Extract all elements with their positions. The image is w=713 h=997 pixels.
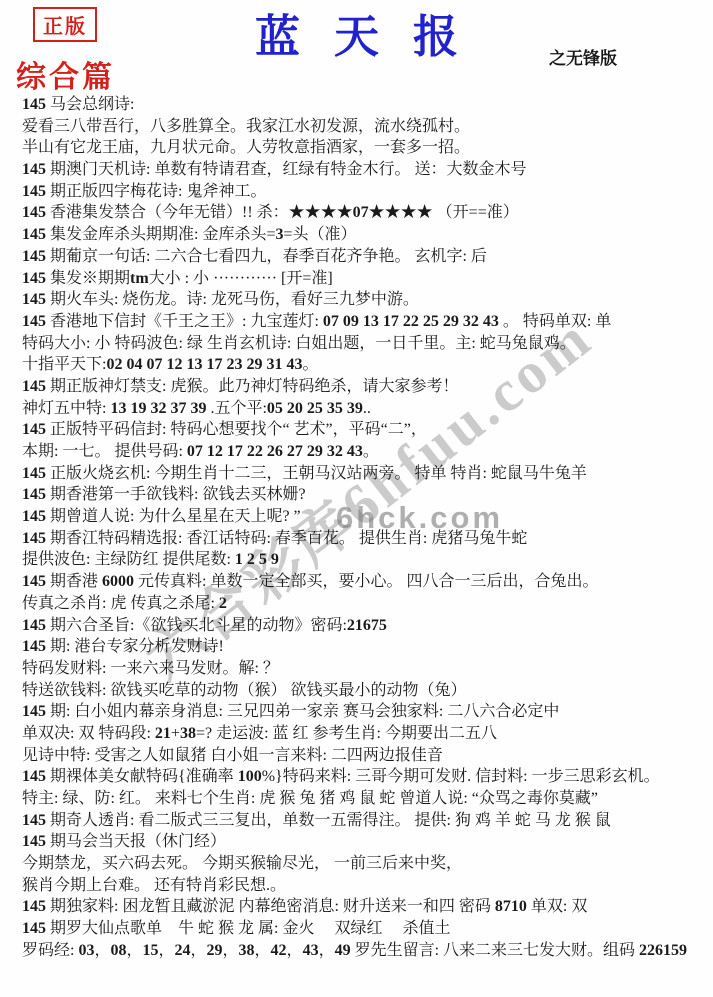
report-line: 145 香港地下信封《千王之王》: 九宝莲灯: 07 09 13 17 22 2… [22,311,710,333]
report-line: 爱看三八带吾行，八多胜算全。我家江水初发源，流水绕孤村。 [22,116,710,138]
report-line: 半山有它龙王庙，九月状元命。人劳牧意指酒家，一套多一招。 [22,137,710,159]
report-line: 本期: 一七。 提供号码: 07 12 17 22 26 27 29 32 43… [22,441,710,463]
report-line: 145 马会总纲诗: [22,94,710,116]
report-line: 145 期罗大仙点歌单 牛 蛇 猴 龙 属: 金火 双绿红 杀值土 [22,918,710,940]
report-line: 145 期: 港台专家分析发财诗! [22,636,710,658]
report-line: 传真之杀肖: 虎 传真之杀尾: 2 [22,593,710,615]
report-line: 特送欲钱料: 欲钱买吃草的动物（猴） 欲钱买最小的动物（兔） [22,680,710,702]
edition-label: 之无锋版 [549,44,617,69]
report-line: 145 集发※期期tm大小 : 小 ············ [开=准] [22,268,710,290]
report-line: 145 期曾道人说: 为什么星星在天上呢? ” [22,506,710,528]
report-line: 145 期正版神灯禁支: 虎猴。此乃神灯特码绝杀，请大家参考！ [22,376,710,398]
report-line: 145 期葡京一句话: 二六合七看四九，春季百花齐争艳。 玄机字: 后 [22,246,710,268]
report-line: 见诗中特: 受害之人如鼠猪 白小姐一言来料: 二四两边报佳音 [22,745,710,767]
report-line: 特主: 绿、防: 红。 来料七个生肖: 虎 猴 兔 猪 鸡 鼠 蛇 曾道人说: … [22,788,710,810]
report-line: 145 期香港 6000 元传真料: 单数一定全部买，要小心。 四八合一三后出，… [22,571,710,593]
report-line: 特码发财料: 一来六来马发财。解: ？ [22,658,710,680]
report-line: 神灯五中特: 13 19 32 37 39 .五个平:05 20 25 35 3… [22,398,710,420]
report-line: 145 正版火烧玄机: 今期生肖十二三，王朝马汉站两旁。 特单 特肖: 蛇鼠马牛… [22,463,710,485]
section-title: 综合篇 [16,52,115,96]
report-line: 145 期正版四字梅花诗: 鬼斧神工。 [22,181,710,203]
report-line: 145 正版特平码信封: 特码心想要找个“ 艺术”，平码“二”， [22,419,710,441]
report-line: 145 集发金库杀头期期准: 金库杀头=3=头（准） [22,224,710,246]
report-line: 145 期香港第一手欲钱料: 欲钱去买林姗? [22,484,710,506]
report-line: 猴肖今期上台难。 还有特肖彩民想.。 [22,875,710,897]
report-line: 145 期独家料: 困龙暂且藏淤泥 内幕绝密消息: 财升送来一和四 密码 871… [22,896,710,918]
report-line: 罗码经: 03，08，15，24，29，38，42，43，49 罗先生留言: 八… [22,940,710,962]
report-page: 正版 蓝天报 之无锋版 综合篇 六合彩库6hfuu.com 6hck.com 1… [0,0,713,997]
report-line: 145 期: 白小姐内幕亲身消息: 三兄四弟一家亲 赛马会独家料: 二八六合必定… [22,701,710,723]
report-line: 145 香港集发禁合（今年无错）!! 杀：★★★★07★★★★ （开==准） [22,202,710,224]
report-line: 145 期裸体美女献特码{准确率 100%}特码来料: 三哥今期可发财. 信封料… [22,766,710,788]
report-line: 145 期澳门天机诗: 单数有特请君查，红绿有特金木行。 送：大数金木号 [22,159,710,181]
report-line: 145 期马会当天报（休门经） [22,831,710,853]
report-line: 提供波色: 主绿防红 提供尾数: 1 2 5 9 [22,549,710,571]
report-line: 十指平天下:02 04 07 12 13 17 23 29 31 43。 [22,354,710,376]
report-line: 145 期奇人透肖: 看二版式三三复出，单数一五需得注。 提供: 狗 鸡 羊 蛇… [22,810,710,832]
report-line: 145 期香江特码精选报: 香江话特码: 春季百花。 提供生肖: 虎猪马兔牛蛇 [22,528,710,550]
report-body: 145 马会总纲诗:爱看三八带吾行，八多胜算全。我家江水初发源，流水绕孤村。半山… [22,94,710,962]
report-line: 145 期六合圣旨:《欲钱买北斗星的动物》密码:21675 [22,615,710,637]
report-line: 特码大小: 小 特码波色: 绿 生肖玄机诗: 白姐出题，一日千里。主: 蛇马兔鼠… [22,333,710,355]
report-line: 145 期火车头: 烧伤龙。诗: 龙死马伤，看好三九梦中游。 [22,289,710,311]
report-line: 单双决: 双 特码段: 21+38=? 走运波: 蓝 红 参考生肖: 今期要出二… [22,723,710,745]
report-line: 今期禁龙，买六码去死。 今期买猴输尽光， 一前三后来中奖， [22,853,710,875]
